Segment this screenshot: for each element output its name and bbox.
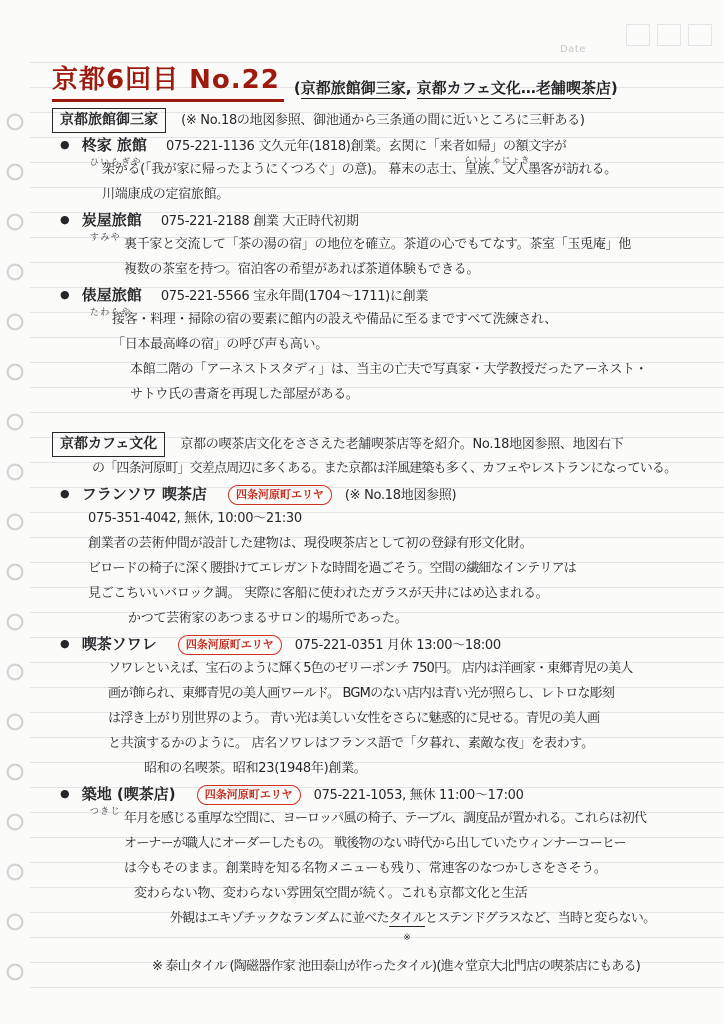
underlined-word: タイル※ [389, 911, 425, 927]
cafe-section-intro: 京都の喫茶店文化をささえた老舗喫茶店等を紹介。No.18地図参照、地図右下 [180, 437, 623, 452]
furigana: つきじ [90, 800, 122, 825]
bullet-icon: ● [60, 288, 70, 301]
area-tag: 四条河原町エリヤ [197, 785, 301, 805]
note-line: 075-351-4042, 無休, 10:00〜21:30 [88, 506, 714, 531]
note-line: 画が飾られ、東郷青児の美人画ワールド。 BGMのない店内は青い光が照らし、レトロ… [108, 681, 714, 706]
cafe-entry-tsukiji: ● 築地 (喫茶店)つきじ 四条河原町エリヤ 075-221-1053, 無休 … [60, 781, 714, 806]
note-line: オーナーが職人にオーダーしたもの。 戦後物のない時代から出していたウィンナーコー… [124, 831, 714, 856]
note-line: は今もそのまま。創業時を知る名物メニューも残り、常連客のなつかしさをさそう。 [124, 856, 714, 881]
asterisk-marker: ※ [403, 926, 410, 951]
note-line: サトウ氏の書斎を再現した部屋がある。 [130, 382, 714, 407]
ryokan-section-heading-row: 京都旅館御三家 (※ No.18の地図参照、御池通から三条通の間に近いところに三… [52, 106, 714, 132]
bullet-icon: ● [60, 213, 70, 226]
cafe-name: フランソワ 喫茶店 [82, 482, 207, 507]
cafe-entry-soiree: ● 喫茶ソワレ 四条河原町エリヤ 075-221-0351 月休 13:00〜1… [60, 631, 714, 656]
note-line: 昭和の名喫茶。昭和23(1948年)創業。 [144, 756, 714, 781]
cafe-section-intro-line2: の「四条河原町」交差点周辺に多くある。また京都は洋風建築も多く、カフェやレストラ… [92, 456, 714, 481]
cafe-info: 075-221-1053, 無休 11:00〜17:00 [314, 788, 524, 803]
binder-holes [2, 108, 28, 988]
ryokan-section-note: (※ No.18の地図参照、御池通から三条通の間に近いところに三軒ある) [181, 113, 585, 128]
note-line: 変わらない物、変わらない雰囲気空間が続く。これも京都文化と生活 [134, 881, 714, 906]
page-subtitle: (京都旅館御三家, 京都カフェ文化…老舗喫茶店) [294, 77, 618, 102]
bullet-icon: ● [60, 787, 70, 800]
cafe-info: (※ No.18地図参照) [345, 488, 456, 503]
bullet-icon: ● [60, 487, 70, 500]
area-tag: 四条河原町エリヤ [228, 485, 332, 505]
note-line: 年月を感じる重厚な空間に、ヨーロッパ風の椅子、テーブル、調度品が置かれる。これら… [124, 806, 714, 831]
note-line: ソワレといえば、宝石のように輝く5色のゼリーポンチ 750円。 店内は洋画家・東… [108, 656, 714, 681]
note-line: 接客・料理・掃除の宿の要素に館内の設えや備品に至るまですべて洗練され、 [112, 307, 714, 332]
note-line: 見ごこちいいバロック調。 実際に客船に使われたガラスが天井にはめ込まれる。 [88, 581, 714, 606]
bullet-icon: ● [60, 637, 70, 650]
note-line: 架かる(「我が家に帰ったようにくつろぐ」の意)。 幕末の志士、皇族、文人墨客が訪… [102, 157, 714, 182]
spacer [52, 931, 714, 954]
corner-checkbox [657, 24, 681, 46]
note-line: と共演するかのように。 店名ソワレはフランス語で「夕暮れ、素敵な夜」を表わす。 [108, 731, 714, 756]
cafe-name: 喫茶ソワレ [82, 632, 157, 657]
note-line: ビロードの椅子に深く腰掛けてエレガントな時間を過ごそう。空間の繊細なインテリアは [88, 556, 714, 581]
ryokan-name: 俵屋旅館たわらや [82, 283, 142, 308]
note-line: 創業者の芸術仲間が設計した建物は、現役喫茶店として初の登録有形文化財。 [88, 531, 714, 556]
cafe-name: 築地 (喫茶店)つきじ [82, 782, 176, 807]
ryokan-info: 075-221-2188 創業 大正時代初期 [161, 214, 359, 229]
cafe-section-heading-row: 京都カフェ文化 京都の喫茶店文化をささえた老舗喫茶店等を紹介。No.18地図参照… [52, 430, 714, 456]
note-line: 複数の茶室を持つ。宿泊客の希望があれば茶道体験もできる。 [124, 257, 714, 282]
note-line: は浮き上がり別世界のよう。 青い光は美しい女性をさらに魅惑的に見せる。青児の美人… [108, 706, 714, 731]
reading-note: らいしゃにょき [464, 149, 530, 174]
ryokan-entry-hiiragiya: ● 柊家 旅館ひいらぎや 075-221-1136 文久元年(1818)創業。玄… [60, 132, 714, 157]
note-line: 裏千家と交流して「茶の湯の宿」の地位を確立。茶道の心でもてなす。茶室「玉兎庵」他 [124, 232, 714, 257]
spacer [52, 407, 714, 430]
corner-checkbox [688, 24, 712, 46]
notebook-page: Date 京都6回目 No.22 (京都旅館御三家, 京都カフェ文化…老舗喫茶店… [0, 0, 724, 1024]
cafe-entry-francois: ● フランソワ 喫茶店 四条河原町エリヤ (※ No.18地図参照) [60, 481, 714, 506]
ryokan-info: 075-221-5566 宝永年間(1704〜1711)に創業 [161, 289, 428, 304]
cafe-info: 075-221-0351 月休 13:00〜18:00 [295, 638, 501, 653]
cafe-section-heading: 京都カフェ文化 [52, 432, 165, 457]
corner-checkboxes [626, 24, 712, 46]
corner-checkbox [626, 24, 650, 46]
note-line: かつて芸術家のあつまるサロン的場所であった。 [128, 606, 714, 631]
page-content: 京都6回目 No.22 (京都旅館御三家, 京都カフェ文化…老舗喫茶店) 京都旅… [52, 44, 714, 979]
area-tag: 四条河原町エリヤ [178, 635, 282, 655]
ryokan-name: 炭屋旅館すみや [82, 208, 142, 233]
ryokan-entry-sumiya: ● 炭屋旅館すみや 075-221-2188 創業 大正時代初期 [60, 207, 714, 232]
note-line: 「日本最高峰の宿」の呼び声も高い。 [112, 332, 714, 357]
ryokan-section-heading: 京都旅館御三家 [52, 108, 166, 133]
page-title-row: 京都6回目 No.22 (京都旅館御三家, 京都カフェ文化…老舗喫茶店) [52, 44, 714, 102]
ryokan-entry-tawaraya: ● 俵屋旅館たわらや 075-221-5566 宝永年間(1704〜1711)に… [60, 282, 714, 307]
note-line: 本館二階の「アーネストスタディ」は、当主の亡夫で写真家・大学教授だったアーネスト… [130, 357, 714, 382]
furigana: すみや [90, 226, 122, 251]
note-line: 川端康成の定宿旅館。 [102, 182, 714, 207]
bullet-icon: ● [60, 138, 70, 151]
page-title: 京都6回目 No.22 [52, 59, 284, 102]
ryokan-name: 柊家 旅館ひいらぎや [82, 133, 147, 158]
note-line: 外観はエキゾチックなランダムに並べたタイル※とステンドグラスなど、当時と変らない… [170, 906, 714, 931]
footnote: ※ 泰山タイル (陶磁器作家 池田泰山が作ったタイル)(進々堂京大北門店の喫茶店… [152, 954, 714, 979]
